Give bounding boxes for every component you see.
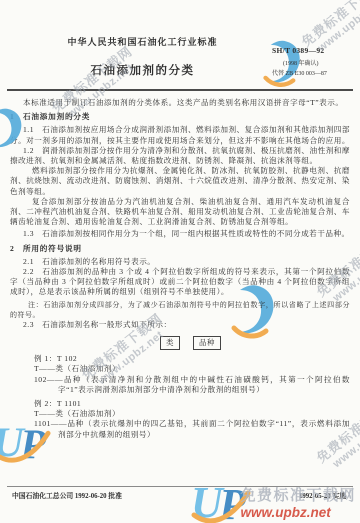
intro-paragraph: 本标准适用于制订石油添加剂的分类体系。这类产品的类别名称用汉语拼音字母“T”表示…	[10, 98, 350, 108]
example-2-variety-line: 1101——品种（表示抗爆剂中的四乙基铅，其前面二个阿拉伯数字“11”，表示燃料…	[34, 419, 350, 439]
example-2-class-line: T——类（石油添加剂）	[34, 409, 350, 419]
example-2: 例 2：T 1101 T——类（石油添加剂） 1101——品种（表示抗爆剂中的四…	[34, 399, 350, 440]
standard-confirmed-year: (1998 年确认)	[283, 58, 319, 67]
paragraph-2-2: 2.2 石油添加剂的品种由 3 个或 4 个阿拉伯数字所组成的符号来表示，其第一…	[10, 267, 350, 298]
standard-replaces: 代替 ZB E30 003—87	[272, 68, 327, 77]
document-body: 本标准适用于制订石油添加剂的分类体系。这类产品的类别名称用汉语拼音字母“T”表示…	[10, 98, 350, 440]
section-2-heading: 2 所用的符号说明	[10, 244, 350, 254]
example-1: 例 1：T 102 T——类（石油添加剂） 102——品种（表示清净剂和分散剂组…	[34, 354, 350, 395]
example-1-variety-line: 102——品种（表示清净剂和分散剂组中的中碱性石油磺酸钙，其第一个阿拉伯数字“1…	[34, 375, 350, 395]
approval-statement: 中国石油化工总公司 1992-06-20 批准	[12, 490, 122, 500]
paragraph-2-3: 2.3 石油添加剂名称一般形式如下所示：	[10, 320, 350, 330]
example-1-code: 102——	[34, 375, 63, 384]
paragraph-1-1: 1.1 石油添加剂按应用场合分成润滑剂添加剂、燃料添加剂、复合添加剂和其他添加剂…	[10, 125, 350, 145]
paragraph-fuel-additives: 燃料添加剂部分按作用分为抗爆剂、金属钝化剂、防冰剂、抗氧防胶剂、抗静电剂、抗磨剂…	[10, 166, 350, 197]
document-page: 免费标准下载网 www.upbz.net 免费标准下载网 www.upbz.ne…	[0, 0, 360, 523]
document-title: 石油添加剂的分类	[20, 62, 265, 78]
example-1-description: 品种（表示清净剂和分散剂组中的中碱性石油磺酸钙，其第一个阿拉伯数字“1”表示润滑…	[58, 375, 350, 394]
symbol-diagram: 类 品种	[160, 336, 350, 350]
class-box: 类	[160, 336, 180, 350]
section-1-heading: 1 石油添加剂的分类	[10, 112, 350, 122]
example-1-title: 例 1：T 102	[34, 354, 350, 364]
paragraph-1-2: 1.2 润滑剂添加剂部分按作用分为清净剂和分散剂、抗氧抗腐剂、极压抗磨剂、油性剂…	[10, 146, 350, 166]
paragraph-2-1: 2.1 石油添加剂的名称用符号表示。	[10, 257, 350, 267]
example-1-class-line: T——类（石油添加剂）	[34, 364, 350, 374]
example-2-title: 例 2：T 1101	[34, 399, 350, 409]
standard-authority-label: 中华人民共和国石油化工行业标准	[20, 35, 265, 48]
note-paragraph: 注：石油添加剂分成四部分，为了减少石油添加剂符号中的阿拉伯数字，所以省略了上述四…	[10, 300, 350, 320]
up-logo-u: U	[191, 478, 225, 523]
paragraph-1-3: 1.3 石油添加剂按相同作用分为一个组，同一组内根据其性质或特性的不同分成若干品…	[10, 229, 350, 239]
watermark-site-url: www.upbz.net	[240, 505, 356, 520]
variety-box: 品种	[193, 336, 221, 350]
example-2-code: 1101——	[34, 419, 67, 428]
up-logo-icon: U P	[190, 477, 252, 523]
footer-divider	[7, 486, 353, 487]
paragraph-compound-additives: 复合添加剂部分按油品分为汽油机油复合剂、柴油机油复合剂、通用汽车发动机油复合剂、…	[10, 197, 350, 228]
implementation-date: 1992-05-20 实施	[299, 490, 346, 500]
header-divider	[7, 89, 353, 91]
example-2-description: 品种（表示抗爆剂中的四乙基铅，其前面二个阿拉伯数字“11”，表示燃料添加剂部分中…	[58, 419, 350, 438]
standard-number: SH/T 0389—92	[272, 46, 324, 55]
